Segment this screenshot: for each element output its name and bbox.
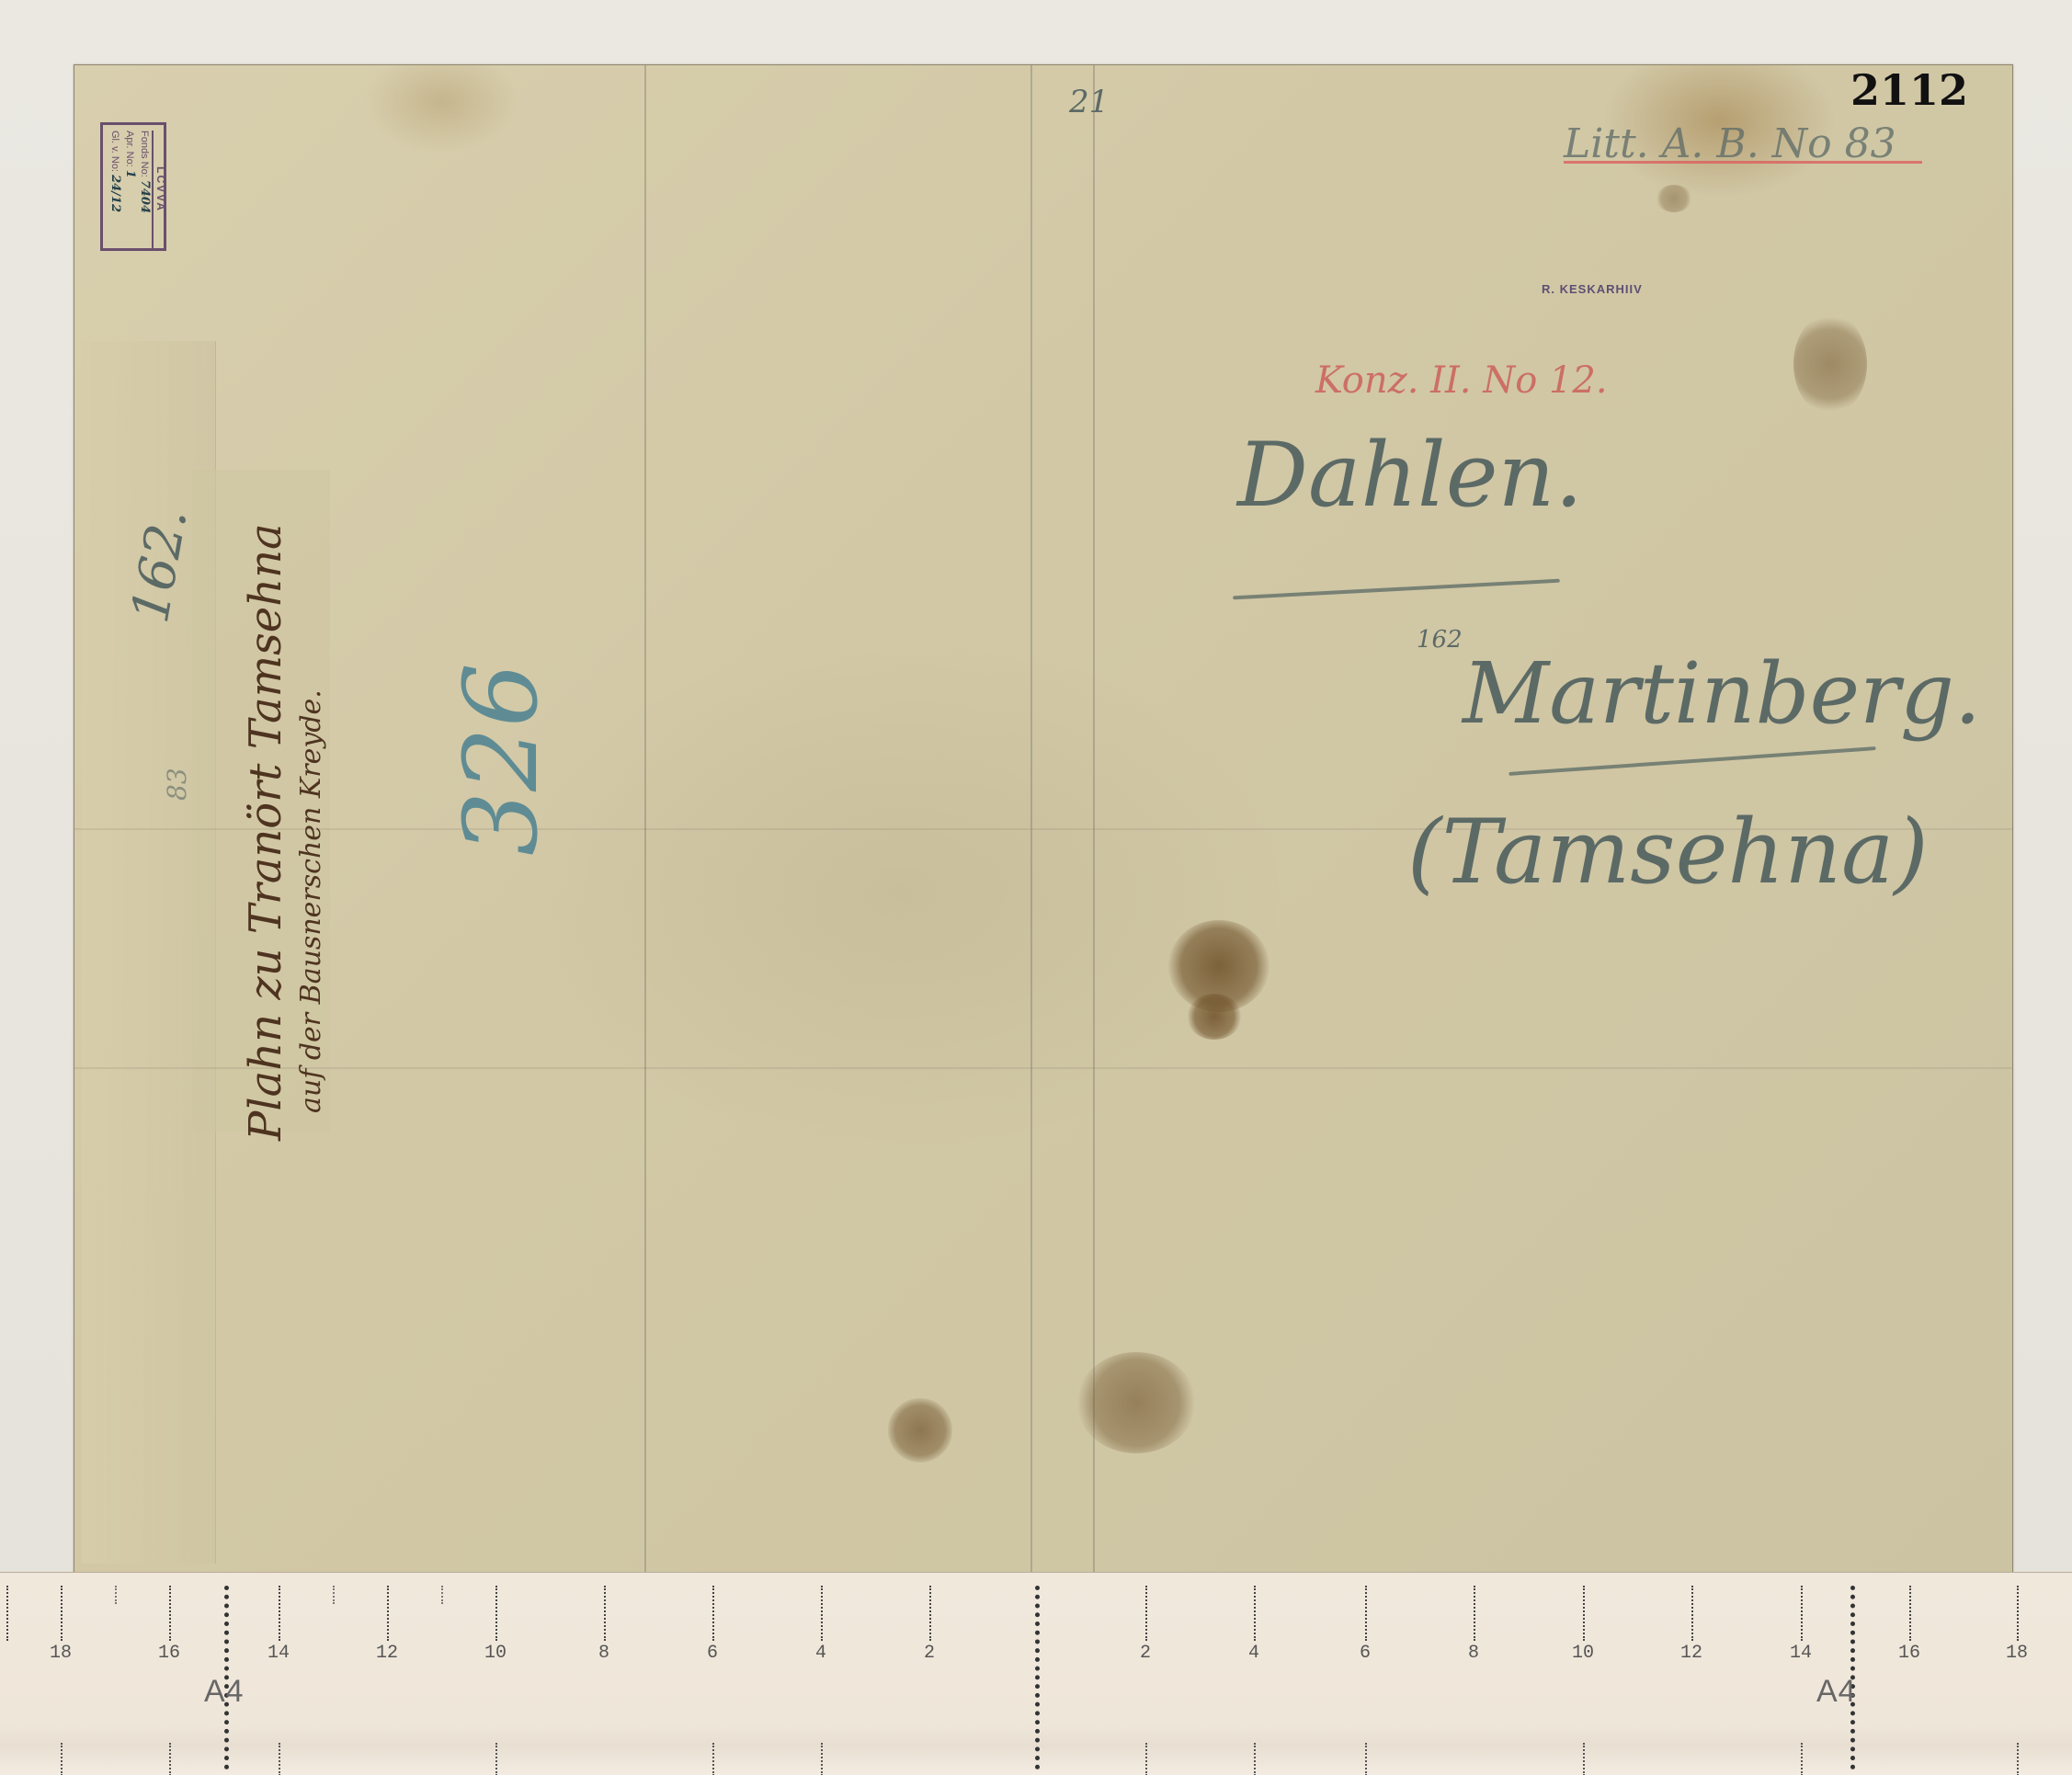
- ruler-label: 10: [1565, 1643, 1601, 1664]
- ruler-label: 2: [911, 1643, 948, 1664]
- stamp-apr-value: 1: [123, 170, 137, 178]
- fold-line: [644, 65, 646, 1573]
- stamp-fonds-value: 7404: [138, 180, 152, 213]
- estate-alt-name: (Tamsehna): [1407, 801, 1929, 904]
- ruler-label: 6: [1347, 1643, 1383, 1664]
- strikethrough-line: [1564, 161, 1922, 164]
- measuring-ruler: 18 16 14 12 10 8 6 4 2 2 4 6 8 10 12 14 …: [0, 1572, 2072, 1775]
- ruler-label: 4: [803, 1643, 839, 1664]
- stain: [888, 1398, 952, 1462]
- folio-number: 21: [1069, 84, 1109, 120]
- title-line-1: Plahn zu Tranört Tamsehna: [240, 523, 291, 1141]
- title-line-2: auf der Bausnerschen Kreyde.: [295, 689, 327, 1113]
- estate-name: Martinberg.: [1463, 644, 1981, 743]
- keskarhiiv-stamp: R. KESKARHIIV: [1542, 282, 1643, 296]
- ruler-label: 10: [477, 1643, 514, 1664]
- ruler-label: 8: [1455, 1643, 1492, 1664]
- a4-label-right: A4: [1816, 1674, 1857, 1710]
- stamp-glv-label: Gl. v. No:: [109, 131, 120, 172]
- red-reference: Konz. II. No 12.: [1315, 359, 1608, 402]
- fold-line: [1093, 65, 1095, 1573]
- ruler-label: 4: [1235, 1643, 1272, 1664]
- stain: [1076, 1352, 1196, 1453]
- stamp-apr-label: Apr. No:: [124, 131, 135, 167]
- ruler-label: 16: [1891, 1643, 1928, 1664]
- ruler-label: 12: [369, 1643, 405, 1664]
- ruler-label: 18: [1998, 1643, 2035, 1664]
- ruler-label: 6: [694, 1643, 731, 1664]
- place-name: Dahlen.: [1237, 424, 1583, 527]
- ruler-label: 2: [1127, 1643, 1164, 1664]
- estate-underline: [1508, 746, 1875, 776]
- stamp-title: LCVVA: [152, 131, 167, 248]
- stain: [1793, 313, 1867, 415]
- fold-line: [1030, 65, 1032, 1573]
- ruler-label: 12: [1673, 1643, 1710, 1664]
- stain: [1187, 994, 1242, 1040]
- ruler-label: 14: [260, 1643, 297, 1664]
- ruler-label: 14: [1782, 1643, 1819, 1664]
- fold-line: [74, 1067, 2012, 1069]
- stamp-fonds-label: Fonds No:: [139, 131, 150, 177]
- ruler-label: 18: [42, 1643, 79, 1664]
- catalog-number: 326: [442, 663, 560, 856]
- place-number: 162: [1417, 626, 1463, 654]
- archive-number: 2112: [1850, 65, 1968, 115]
- center-marker: [1035, 1586, 1040, 1769]
- side-small-number: 83: [162, 768, 192, 801]
- ruler-label: 8: [586, 1643, 622, 1664]
- document-sheet: 2112 21 Litt. A. B. No 83 R. KESKARHIIV …: [74, 64, 2013, 1574]
- place-underline: [1233, 579, 1560, 600]
- ruler-label: 16: [151, 1643, 188, 1664]
- a4-label-left: A4: [204, 1674, 245, 1710]
- stain: [1656, 185, 1692, 212]
- lcvva-archive-stamp: LCVVA Fonds No: 7404 Apr. No: 1 Gl. v. N…: [100, 122, 166, 251]
- stamp-glv-value: 24/12: [108, 175, 122, 212]
